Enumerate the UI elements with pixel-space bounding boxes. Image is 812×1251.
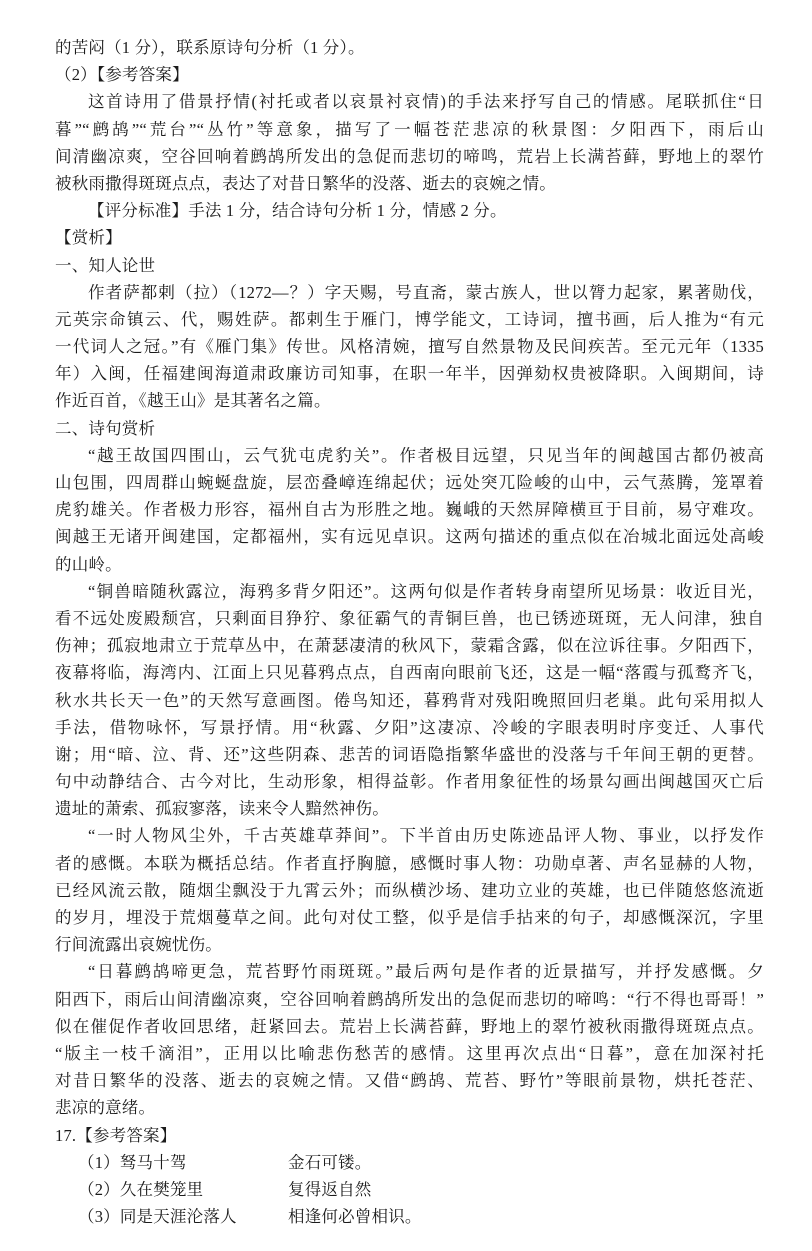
text-line: 阳西下，雨后山间清幽凉爽，空谷回响着鹧鸪所发出的急促而悲切的啼鸣：“行不得也哥哥… [55,986,764,1013]
text-line: 手法，借物咏怀，写景抒情。用“秋露、夕阳”这凄凉、冷峻的字眼表明时序变迁、人事代 [55,714,764,741]
text-line: “版主一枝千滴泪”，正用以比喻悲伤愁苦的感情。这里再次点出“日暮”，意在加深衬托 [55,1040,764,1067]
text-line: 元英宗命镇云、代，赐姓萨。都剌生于雁门，博学能文，工诗词，擅书画，后人推为“有元 [55,306,764,333]
text-line: 闽越王无诸开闽建国，定都福州，实有远见卓识。这两句描述的重点似在冶城北面远处高峻 [55,523,764,550]
text-line: 似在催促作者收回思绪，赶紧回去。荒岩上长满苔藓，野地上的翠竹被秋雨撒得斑斑点点。 [55,1013,764,1040]
text-line: 【赏析】 [55,224,764,251]
text-line: 17.【参考答案】 [55,1122,764,1149]
text-line: 的苦闷（1 分），联系原诗句分析（1 分）。 [55,34,764,61]
text-line: 间清幽凉爽，空谷回响着鹧鸪所发出的急促而悲切的啼鸣，荒岩上长满苔藓，野地上的翠竹 [55,143,764,170]
answer-pair-row: （1）驽马十驾金石可镂。 [78,1149,764,1176]
text-line: 伤神；孤寂地肃立于荒草丛中，在萧瑟凄清的秋风下，蒙霜含露，似在泣诉往事。夕阳西下… [55,632,764,659]
answer-pair-row: （3）同是天涯沦落人相逢何必曾相识。 [78,1203,764,1230]
answer-left: （3）同是天涯沦落人 [78,1203,288,1230]
text-line: 句中动静结合、古今对比，生动形象，相得益彰。作者用象征性的场景勾画出闽越国灭亡后 [55,768,764,795]
text-line: 悲凉的意绪。 [55,1094,764,1121]
text-line: 被秋雨撒得斑斑点点，表达了对昔日繁华的没落、逝去的哀婉之情。 [55,170,764,197]
text-line: 已经风流云散，随烟尘飘没于九霄云外；而纵横沙场、建功立业的英雄，也已伴随悠悠流逝 [55,877,764,904]
text-line: 二、诗句赏析 [55,415,764,442]
text-line: 者的感慨。本联为概括总结。作者直抒胸臆，感慨时事人物：功勋卓著、声名显赫的人物， [55,850,764,877]
text-line: 的岁月，埋没于荒烟蔓草之间。此句对仗工整，似乎是信手拈来的句子，却感慨深沉，字里 [55,904,764,931]
text-line: 作者萨都剌（拉）（1272—？）字天赐，号直斋，蒙古族人，世以膂力起家，累著勋伐… [55,279,764,306]
text-line: 【评分标准】手法 1 分，结合诗句分析 1 分，情感 2 分。 [55,197,764,224]
text-line: （2）【参考答案】 [55,61,764,88]
text-line: 一、知人论世 [55,252,764,279]
text-line: 的山岭。 [55,551,764,578]
text-line: 遗址的萧索、孤寂寥落，读来令人黯然神伤。 [55,795,764,822]
text-line: “日暮鹧鸪啼更急，荒苔野竹雨斑斑。”最后两句是作者的近景描写，并抒发感慨。夕 [55,958,764,985]
text-line: 暮”“鹧鸪”“荒台”“丛竹”等意象，描写了一幅苍茫悲凉的秋景图：夕阳西下，雨后山 [55,116,764,143]
text-line: 一代词人之冠。”有《雁门集》传世。风格清婉，擅写自然景物及民间疾苦。至元元年（1… [55,333,764,360]
text-line: “一时人物风尘外，千古英雄草莽间”。下半首由历史陈迹品评人物、事业，以抒发作 [55,822,764,849]
text-line: 对昔日繁华的没落、逝去的哀婉之情。又借“鹧鸪、荒苔、野竹”等眼前景物，烘托苍茫、 [55,1067,764,1094]
text-line: 看不远处废殿颓宫，只剩面目狰狞、象征霸气的青铜巨兽，也已锈迹斑斑，无人问津，独自 [55,605,764,632]
answer-pair-row: （2）久在樊笼里复得返自然 [78,1176,764,1203]
answer-right: 金石可镂。 [288,1149,372,1176]
text-line: 行间流露出哀婉忧伤。 [55,931,764,958]
document-page: 的苦闷（1 分），联系原诗句分析（1 分）。（2）【参考答案】这首诗用了借景抒情… [0,0,812,1251]
text-line: 这首诗用了借景抒情(衬托或者以哀景衬哀情)的手法来抒写自己的情感。尾联抓住“日 [55,88,764,115]
answer-left: （2）久在樊笼里 [78,1176,288,1203]
text-line: “铜兽暗随秋露泣，海鸦多背夕阳还”。这两句似是作者转身南望所见场景：收近目光， [55,578,764,605]
text-line: 山包围，四周群山蜿蜒盘旋，层峦叠嶂连绵起伏；远处突兀险峻的山中，云气蒸腾，笼罩着 [55,469,764,496]
text-line: 年）入闽，任福建闽海道肃政廉访司知事，在职一年半，因弹劾权贵被降职。入闽期间，诗 [55,360,764,387]
answer-left: （1）驽马十驾 [78,1149,288,1176]
text-line: “越王故国四围山，云气犹屯虎豹关”。作者极目远望，只见当年的闽越国古都仍被高 [55,442,764,469]
text-line: 夜幕将临，海湾内、江面上只见暮鸦点点，自西南向眼前飞还，这是一幅“落霞与孤鹜齐飞… [55,659,764,686]
text-line: 秋水共长天一色”的天然写意画图。倦鸟知还，暮鸦背对残阳晚照回归老巢。此句采用拟人 [55,687,764,714]
text-line: 谢；用“暗、泣、背、还”这些阴森、悲苦的词语隐指繁华盛世的没落与千年间王朝的更替… [55,741,764,768]
answer-right: 相逢何必曾相识。 [288,1203,422,1230]
answer-right: 复得返自然 [288,1176,372,1203]
document-body: 的苦闷（1 分），联系原诗句分析（1 分）。（2）【参考答案】这首诗用了借景抒情… [55,34,764,1230]
text-line: 作近百首，《越王山》是其著名之篇。 [55,387,764,414]
text-line: 虎豹雄关。作者极力形容，福州自古为形胜之地。巍峨的天然屏障横亘于目前，易守难攻。 [55,496,764,523]
